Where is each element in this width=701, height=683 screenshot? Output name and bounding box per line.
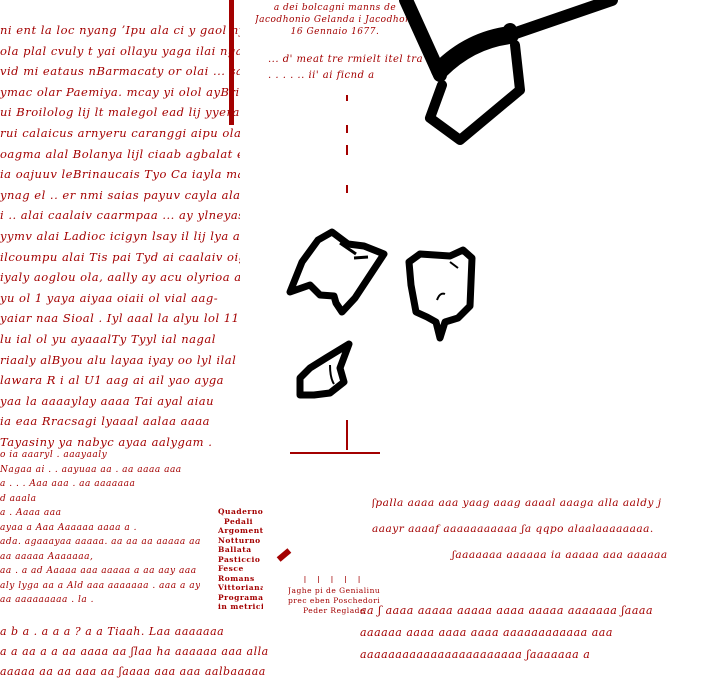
fragment-small-icon xyxy=(300,344,349,395)
line-drawing xyxy=(0,0,701,683)
fragment-right-icon xyxy=(409,250,472,338)
fragment-left-icon xyxy=(290,232,384,312)
claw-grabber-icon xyxy=(406,0,612,140)
